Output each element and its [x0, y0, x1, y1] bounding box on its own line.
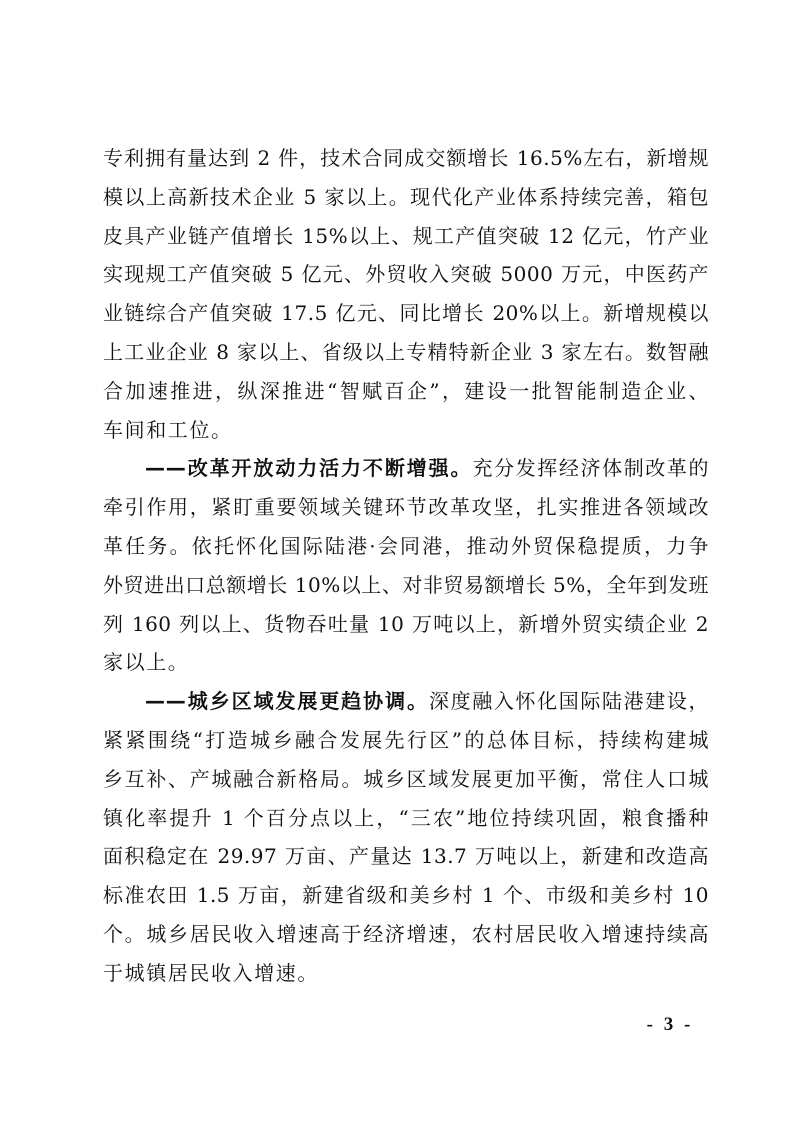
page-number: - 3 - — [640, 1014, 700, 1036]
paragraph-2-line-3: 革任务。依托怀化国际陆港·会同港，推动外贸保稳提质，力争 — [103, 527, 709, 566]
paragraph-1-line-3: 皮具产业链产值增长 15%以上、规工产值突破 12 亿元，竹产业 — [103, 217, 709, 256]
document-page: 专利拥有量达到 2 件，技术合同成交额增长 16.5%左右，新增规 模以上高新技… — [0, 0, 793, 1122]
paragraph-1-line-7: 合加速推进，纵深推进“智赋百企”，建设一批智能制造企业、 — [103, 372, 709, 411]
paragraph-3-line-5: 面积稳定在 29.97 万亩、产量达 13.7 万吨以上，新建和改造高 — [103, 837, 709, 876]
paragraph-1-line-2: 模以上高新技术企业 5 家以上。现代化产业体系持续完善，箱包 — [103, 178, 709, 217]
body-text: 专利拥有量达到 2 件，技术合同成交额增长 16.5%左右，新增规 模以上高新技… — [103, 139, 709, 993]
paragraph-1-line-8: 车间和工位。 — [103, 411, 709, 450]
paragraph-2-first-line-text: 充分发挥经济体制改革的 — [472, 456, 709, 480]
paragraph-3-line-4: 镇化率提升 1 个百分点以上，“三农”地位持续巩固，粮食播种 — [103, 799, 709, 838]
paragraph-1-line-5: 业链综合产值突破 17.5 亿元、同比增长 20%以上。新增规模以 — [103, 294, 709, 333]
paragraph-3-first-line-text: 深度融入怀化国际陆港建设， — [429, 689, 709, 713]
paragraph-3-line-7: 个。城乡居民收入增速高于经济增速，农村居民收入增速持续高 — [103, 915, 709, 954]
paragraph-3-line-6: 标准农田 1.5 万亩，新建省级和美乡村 1 个、市级和美乡村 10 — [103, 876, 709, 915]
paragraph-3-line-8: 于城镇居民收入增速。 — [103, 954, 709, 993]
paragraph-3-line-3: 乡互补、产城融合新格局。城乡区域发展更加平衡，常住人口城 — [103, 760, 709, 799]
paragraph-1-line-4: 实现规工产值突破 5 亿元、外贸收入突破 5000 万元，中医药产 — [103, 255, 709, 294]
paragraph-2-line-4: 外贸进出口总额增长 10%以上、对非贸易额增长 5%，全年到发班 — [103, 566, 709, 605]
paragraph-2-line-2: 牵引作用，紧盯重要领域关键环节改革攻坚，扎实推进各领域改 — [103, 488, 709, 527]
paragraph-3-line-2: 紧紧围绕“打造城乡融合发展先行区”的总体目标，持续构建城 — [103, 721, 709, 760]
paragraph-1-line-6: 上工业企业 8 家以上、省级以上专精特新企业 3 家左右。数智融 — [103, 333, 709, 372]
section-heading-reform: ——改革开放动力活力不断增强。 — [145, 456, 472, 480]
paragraph-3-first-line: ——城乡区域发展更趋协调。深度融入怀化国际陆港建设， — [103, 682, 709, 721]
paragraph-1-line-1: 专利拥有量达到 2 件，技术合同成交额增长 16.5%左右，新增规 — [103, 139, 709, 178]
paragraph-2-line-5: 列 160 列以上、货物吞吐量 10 万吨以上，新增外贸实绩企业 2 — [103, 605, 709, 644]
paragraph-2-line-6: 家以上。 — [103, 643, 709, 682]
section-heading-urban-rural: ——城乡区域发展更趋协调。 — [145, 689, 429, 713]
paragraph-2-first-line: ——改革开放动力活力不断增强。充分发挥经济体制改革的 — [103, 449, 709, 488]
